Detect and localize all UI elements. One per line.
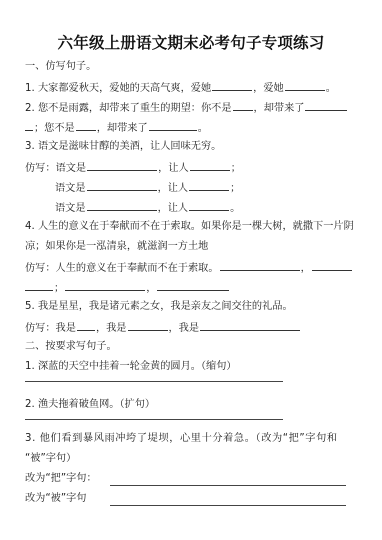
section2-heading: 二、按要求写句子。 [25, 340, 117, 353]
answer-blank[interactable] [212, 80, 252, 91]
q4-line2: 凉；如果你是一泓清泉，就滋润一方土地 [25, 240, 208, 253]
q2-line2-text: ；您不是 [34, 123, 75, 134]
q3-row-a: 语文是 [56, 163, 87, 174]
answer-blank[interactable] [233, 100, 253, 111]
answer-blank[interactable] [87, 180, 157, 191]
q4-imitate-line2: ；， [25, 280, 230, 295]
answer-blank[interactable] [149, 120, 197, 131]
q3-imitate-row2: 语文是，让人； [55, 180, 240, 195]
answer-blank[interactable] [190, 160, 230, 171]
answer-blank[interactable] [157, 280, 229, 291]
answer-blank[interactable] [128, 320, 168, 331]
answer-blank[interactable] [200, 320, 300, 331]
worksheet-page: 六年级上册语文期末必考句子专项练习 一、仿写句子。 1. 大家都爱秋天，爱她的天… [0, 0, 382, 540]
answer-blank[interactable] [77, 320, 95, 331]
q2-line2-mid: ，却带来了 [97, 123, 148, 134]
q3-imitate-row3: 语文是，让人。 [55, 200, 240, 215]
q4-comma: ， [146, 283, 156, 294]
q1-mid-text: ，爱她 [253, 83, 284, 94]
q2-line2: ；您不是，却带来了。 [25, 120, 208, 135]
s2-q3-line1: 3. 他们看到暴风雨冲垮了堤坝，心里十分着急。（改为“把”字句和 [25, 432, 338, 445]
q3-text: 3. 语文是滋味甘醇的美酒，让人回味无穷。 [25, 140, 221, 153]
ba-label: 改为“把”字句： [25, 472, 97, 485]
q2-text: 2. 您不是雨露，却带来了重生的期望：你不是 [25, 103, 232, 114]
imitate-label: 仿写： [25, 163, 56, 174]
answer-line[interactable] [25, 419, 283, 420]
q3-row-b: ，让人 [158, 203, 189, 214]
answer-blank[interactable] [76, 120, 96, 131]
q3-period: 。 [230, 203, 240, 214]
bei-answer-line[interactable] [110, 505, 346, 506]
s2-q1-text: 1. 深蓝的天空中挂着一轮金黄的圆月。（缩句） [25, 360, 237, 373]
q4-imitate-line1: 仿写：人生的意义在于奉献而不在于索取。， [25, 260, 353, 275]
answer-blank[interactable] [87, 160, 157, 171]
page-title: 六年级上册语文期末必考句子专项练习 [0, 31, 382, 53]
q3-semicolon: ； [230, 183, 240, 194]
answer-blank[interactable] [25, 280, 53, 291]
answer-blank[interactable] [189, 180, 229, 191]
q1-end: 。 [326, 83, 336, 94]
q4-line1: 4. 人生的意义在于奉献而不在于索取。如果你是一棵大树，就撒下一片阴 [25, 220, 354, 233]
ba-answer-line[interactable] [110, 485, 346, 486]
answer-line[interactable] [25, 381, 283, 382]
q3-row-a: 语文是 [55, 183, 86, 194]
q5-imitate-text: 仿写：我是 [25, 323, 76, 334]
q4-imitate-text: 仿写：人生的意义在于奉献而不在于索取。 [25, 263, 219, 274]
s2-q3-line2: “被”字句） [25, 452, 76, 465]
q3-row-b: ，让人 [158, 163, 189, 174]
q2-end: 。 [198, 123, 208, 134]
answer-blank[interactable] [285, 80, 325, 91]
q4-comma: ， [301, 263, 311, 274]
q5-imitate-line: 仿写：我是，我是，我是 [25, 320, 301, 335]
answer-blank[interactable] [65, 280, 145, 291]
q3-semicolon: ； [231, 163, 241, 174]
q1-text: 1. 大家都爱秋天，爱她的天高气爽，爱她 [25, 83, 211, 94]
q5-mid1: ，我是 [96, 323, 127, 334]
q1-line: 1. 大家都爱秋天，爱她的天高气爽，爱她，爱她。 [25, 80, 336, 95]
answer-blank[interactable] [220, 260, 300, 271]
q5-mid2: ，我是 [169, 323, 200, 334]
answer-blank[interactable] [312, 260, 352, 271]
q2-mid-text: ，却带来了 [254, 103, 305, 114]
q2-line1: 2. 您不是雨露，却带来了重生的期望：你不是，却带来了 [25, 100, 348, 115]
answer-blank[interactable] [189, 200, 229, 211]
answer-blank[interactable] [25, 120, 33, 131]
q3-row-a: 语文是 [55, 203, 86, 214]
answer-blank[interactable] [305, 100, 347, 111]
section1-heading: 一、仿写句子。 [25, 60, 96, 73]
q3-row-b: ，让人 [158, 183, 189, 194]
q5-text: 5. 我是星星，我是诸元素之女，我是亲友之间交往的礼品。 [25, 300, 293, 313]
q4-semicolon: ； [54, 283, 64, 294]
answer-blank[interactable] [87, 200, 157, 211]
s2-q2-text: 2. 渔夫拖着破鱼网。（扩句） [25, 398, 155, 411]
bei-label: 改为“被”字句 [25, 492, 87, 505]
q3-imitate-row1: 仿写：语文是，让人； [25, 160, 241, 175]
